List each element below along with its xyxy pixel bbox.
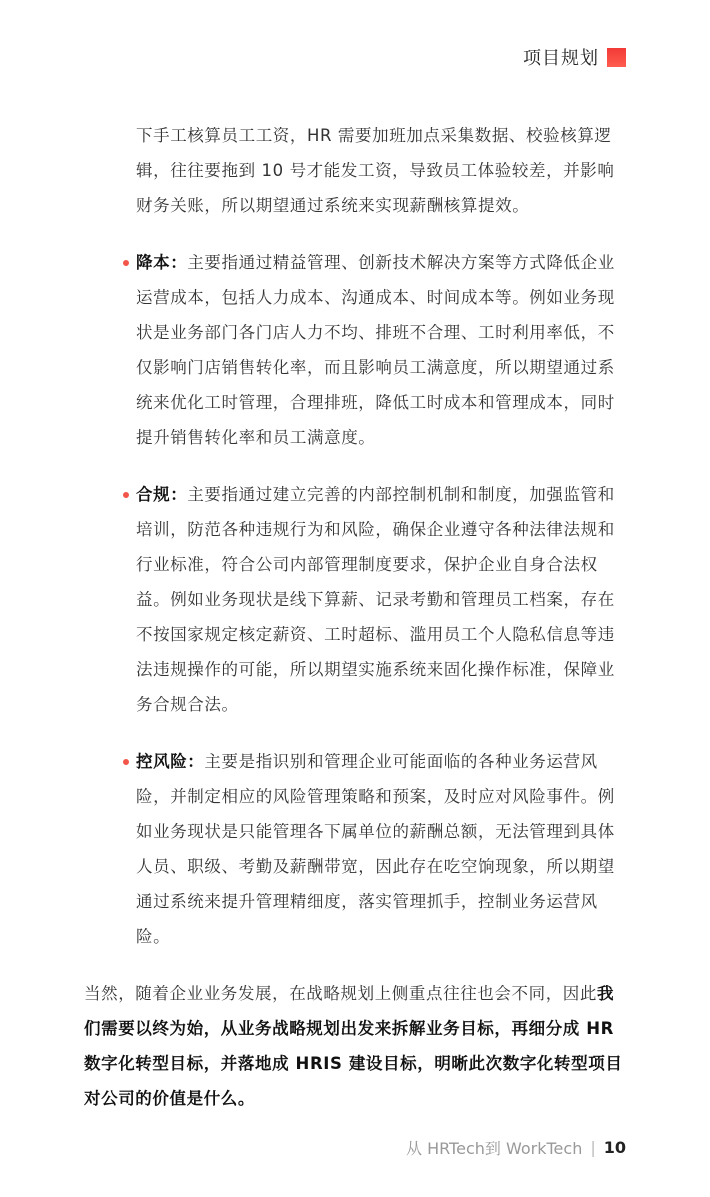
- red-square-icon: [607, 48, 626, 67]
- bullet-text: 主要指通过建立完善的内部控制机制和制度，加强监管和培训，防范各种违规行为和风险，…: [136, 485, 615, 714]
- bullet-dot-icon: [123, 492, 129, 498]
- bullet-dot-icon: [123, 759, 129, 765]
- bullet-item-cost-reduction: 降本：主要指通过精益管理、创新技术解决方案等方式降低企业运营成本，包括人力成本、…: [84, 245, 630, 455]
- section-title: 项目规划: [523, 44, 599, 70]
- page-header: 项目规划: [523, 44, 626, 70]
- bullet-item-compliance: 合规：主要指通过建立完善的内部控制机制和制度，加强监管和培训，防范各种违规行为和…: [84, 477, 630, 722]
- bullet-term: 降本：: [136, 253, 187, 272]
- page-body: 下手工核算员工工资，HR 需要加班加点采集数据、校验核算逻辑，往往要拖到 10 …: [84, 118, 630, 1133]
- continued-paragraph: 下手工核算员工工资，HR 需要加班加点采集数据、校验核算逻辑，往往要拖到 10 …: [84, 118, 630, 223]
- bullet-term: 控风险：: [136, 752, 204, 771]
- bullet-dot-icon: [123, 260, 129, 266]
- bullet-text: 主要是指识别和管理企业可能面临的各种业务运营风险，并制定相应的风险管理策略和预案…: [136, 752, 615, 946]
- bullet-term: 合规：: [136, 485, 187, 504]
- footer-separator: |: [590, 1138, 595, 1157]
- closing-paragraph: 当然，随着企业业务发展，在战略规划上侧重点往往也会不同，因此我们需要以终为始，从…: [84, 976, 630, 1116]
- book-title: 从 HRTech到 WorkTech: [406, 1136, 582, 1159]
- bullet-item-risk-control: 控风险：主要是指识别和管理企业可能面临的各种业务运营风险，并制定相应的风险管理策…: [84, 744, 630, 954]
- page-footer: 从 HRTech到 WorkTech | 10: [406, 1136, 626, 1159]
- closing-normal-text: 当然，随着企业业务发展，在战略规划上侧重点往往也会不同，因此: [84, 984, 597, 1003]
- bullet-text: 主要指通过精益管理、创新技术解决方案等方式降低企业运营成本，包括人力成本、沟通成…: [136, 253, 615, 447]
- page-number: 10: [604, 1138, 626, 1157]
